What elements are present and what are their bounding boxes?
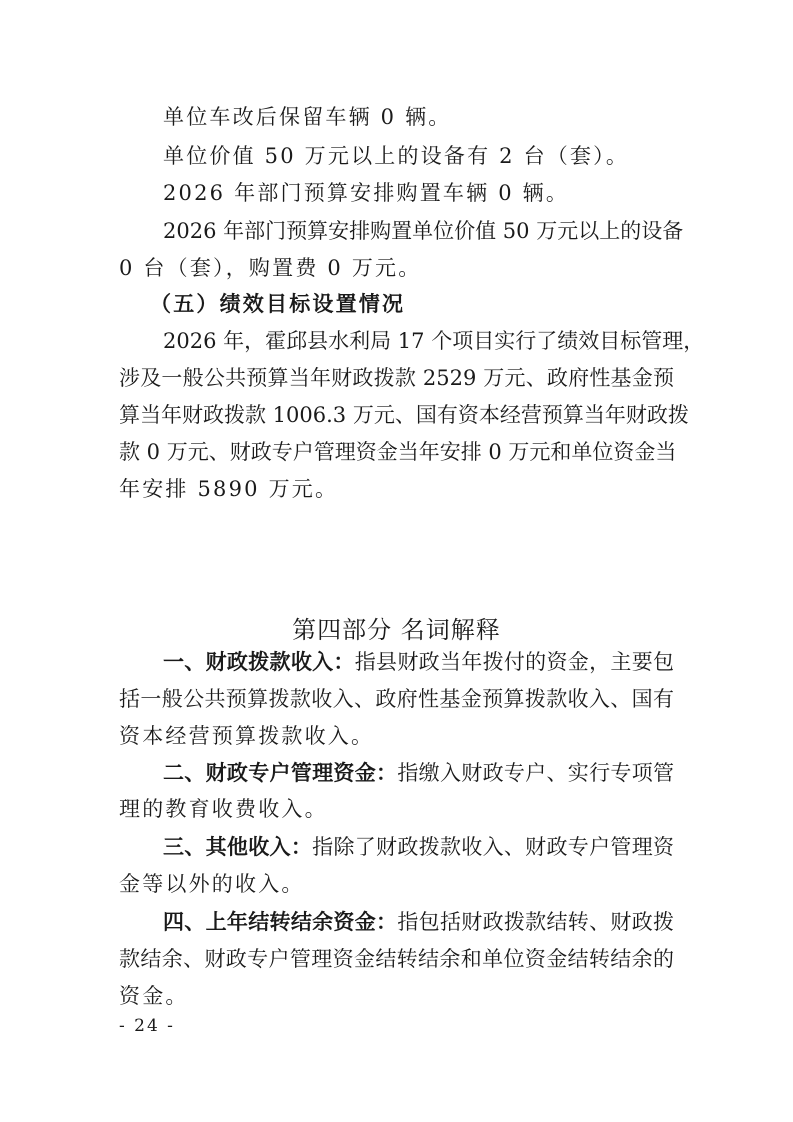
paragraph-line: 单位车改后保留车辆 0 辆。 [163, 104, 674, 130]
section-heading: （五）绩效目标设置情况 [150, 291, 705, 317]
paragraph-line: 款 0 万元、财政专户管理资金当年安排 0 万元和单位资金当 [119, 439, 674, 465]
part-title: 第四部分 名词解释 [0, 610, 793, 645]
paragraph-line: 括一般公共预算拨款收入、政府性基金预算拨款收入、国有 [119, 686, 674, 712]
term-first-line: 四、上年结转结余资金：指包括财政拨款结转、财政拨 [163, 909, 674, 935]
paragraph-line: 年安排 5890 万元。 [119, 476, 674, 502]
paragraph-line: 2026 年部门预算安排购置车辆 0 辆。 [163, 180, 674, 206]
paragraph-line: 算当年财政拨款 1006.3 万元、国有资本经营预算当年财政拨 [119, 402, 674, 428]
paragraph-line: 2026 年部门预算安排购置单位价值 50 万元以上的设备 [163, 218, 674, 244]
paragraph-line: 款结余、财政专户管理资金结转结余和单位资金结转结余的 [119, 946, 674, 972]
paragraph-line: 涉及一般公共预算当年财政拨款 2529 万元、政府性基金预 [119, 365, 674, 391]
paragraph-line: 单位价值 50 万元以上的设备有 2 台（套）。 [163, 143, 674, 169]
term-first-line: 二、财政专户管理资金：指缴入财政专户、实行专项管 [163, 760, 674, 786]
paragraph-line: 0 台（套），购置费 0 万元。 [119, 255, 674, 281]
term-label: 一、财政拨款收入： [163, 650, 355, 674]
term-text: 指除了财政拨款收入、财政专户管理资 [312, 835, 674, 859]
paragraph-line: 金等以外的收入。 [119, 871, 674, 897]
term-first-line: 一、财政拨款收入：指县财政当年拨付的资金，主要包 [163, 649, 674, 675]
page-number: - 24 - [119, 1016, 175, 1036]
paragraph-line: 2026 年，霍邱县水利局 17 个项目实行了绩效目标管理， [163, 328, 674, 354]
term-label: 三、其他收入： [163, 835, 312, 859]
paragraph-line: 理的教育收费收入。 [119, 796, 674, 822]
term-text: 指县财政当年拨付的资金，主要包 [355, 650, 674, 674]
paragraph-line: 资本经营预算拨款收入。 [119, 723, 674, 749]
term-first-line: 三、其他收入：指除了财政拨款收入、财政专户管理资 [163, 834, 674, 860]
term-label: 四、上年结转结余资金： [163, 910, 397, 934]
term-label: 二、财政专户管理资金： [163, 761, 397, 785]
term-text: 指包括财政拨款结转、财政拨 [397, 910, 674, 934]
paragraph-line: 资金。 [119, 983, 674, 1009]
term-text: 指缴入财政专户、实行专项管 [397, 761, 674, 785]
